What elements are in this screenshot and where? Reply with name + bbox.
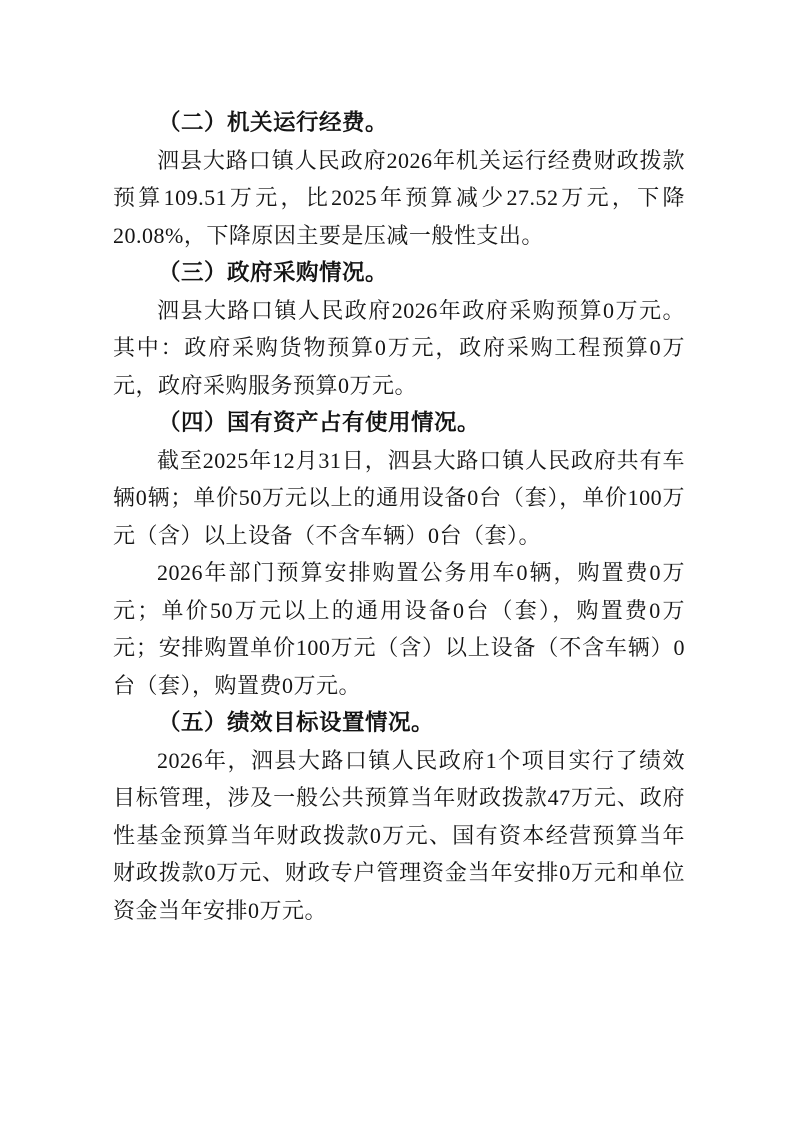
section-heading-state-owned-assets: （四）国有资产占有使用情况。 [113,404,685,442]
section-state-owned-assets: （四）国有资产占有使用情况。 截至2025年12月31日，泗县大路口镇人民政府共… [113,404,685,704]
section-agency-operating-expenses: （二）机关运行经费。 泗县大路口镇人民政府2026年机关运行经费财政拨款预算10… [113,104,685,254]
paragraph-government-procurement: 泗县大路口镇人民政府2026年政府采购预算0万元。其中：政府采购货物预算0万元，… [113,292,685,405]
paragraph-performance-targets: 2026年，泗县大路口镇人民政府1个项目实行了绩效目标管理，涉及一般公共预算当年… [113,742,685,930]
section-heading-performance-targets: （五）绩效目标设置情况。 [113,704,685,742]
document-body: （二）机关运行经费。 泗县大路口镇人民政府2026年机关运行经费财政拨款预算10… [113,104,685,929]
paragraph-state-owned-assets-current: 截至2025年12月31日，泗县大路口镇人民政府共有车辆0辆；单价50万元以上的… [113,442,685,555]
paragraph-agency-operating-expenses: 泗县大路口镇人民政府2026年机关运行经费财政拨款预算109.51万元，比202… [113,142,685,255]
section-heading-government-procurement: （三）政府采购情况。 [113,254,685,292]
section-government-procurement: （三）政府采购情况。 泗县大路口镇人民政府2026年政府采购预算0万元。其中：政… [113,254,685,404]
section-performance-targets: （五）绩效目标设置情况。 2026年，泗县大路口镇人民政府1个项目实行了绩效目标… [113,704,685,929]
paragraph-state-owned-assets-planned: 2026年部门预算安排购置公务用车0辆，购置费0万元；单价50万元以上的通用设备… [113,554,685,704]
document-page: （二）机关运行经费。 泗县大路口镇人民政府2026年机关运行经费财政拨款预算10… [0,0,793,1122]
section-heading-agency-operating-expenses: （二）机关运行经费。 [113,104,685,142]
